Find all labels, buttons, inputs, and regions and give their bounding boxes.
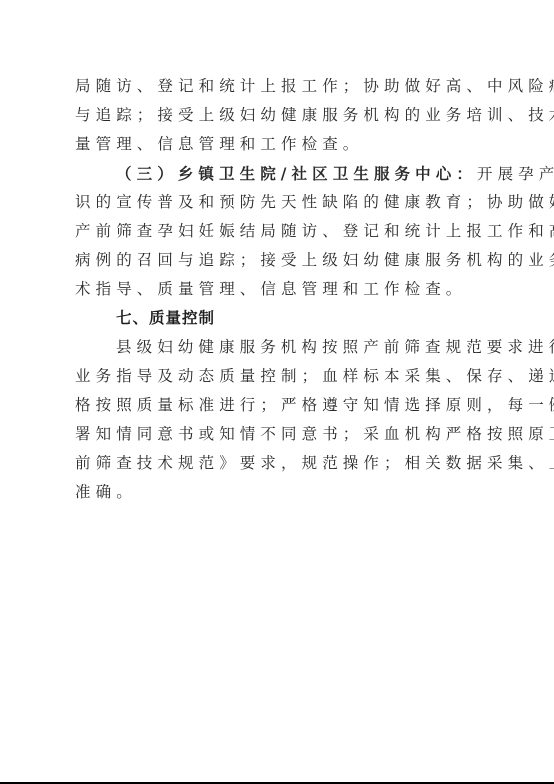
text-line: 产前筛查孕妇妊娠结局随访、登记和统计上报工作和高、中风险 <box>75 217 489 246</box>
section-seven: 七、质量控制 县级妇幼健康服务机构按照产前筛查规范要求进行有关的 业务指导及动态… <box>75 304 489 507</box>
section-seven-heading: 七、质量控制 <box>75 304 489 333</box>
text-fragment: 开展孕产期保健知 <box>477 165 554 183</box>
section-three-first-line: （三）乡镇卫生院/社区卫生服务中心：开展孕产期保健知 <box>75 159 489 188</box>
section-three-title: （三）乡镇卫生院/社区卫生服务中心： <box>116 164 477 183</box>
text-line: 县级妇幼健康服务机构按照产前筛查规范要求进行有关的 <box>75 333 489 362</box>
text-line: 署知情同意书或知情不同意书；采血机构严格按照原卫生部《产 <box>75 420 489 449</box>
document-body: 局随访、登记和统计上报工作；协助做好高、中风险病例的召回 与追踪；接受上级妇幼健… <box>75 72 489 507</box>
document-page: 局随访、登记和统计上报工作；协助做好高、中风险病例的召回 与追踪；接受上级妇幼健… <box>0 0 554 784</box>
section-three-paragraph: （三）乡镇卫生院/社区卫生服务中心：开展孕产期保健知 识的宣传普及和预防先天性缺… <box>75 159 489 304</box>
text-line: 业务指导及动态质量控制；血样标本采集、保存、递送等环节严 <box>75 362 489 391</box>
text-line: 与追踪；接受上级妇幼健康服务机构的业务培训、技术指导、质 <box>75 101 489 130</box>
text-line: 局随访、登记和统计上报工作；协助做好高、中风险病例的召回 <box>75 72 489 101</box>
text-line: 术指导、质量管理、信息管理和工作检查。 <box>75 275 489 304</box>
text-line: 前筛查技术规范》要求，规范操作；相关数据采集、上报及时、 <box>75 449 489 478</box>
text-line: 格按照质量标准进行；严格遵守知情选择原则，每一例孕妇均签 <box>75 391 489 420</box>
paragraph-continued: 局随访、登记和统计上报工作；协助做好高、中风险病例的召回 与追踪；接受上级妇幼健… <box>75 72 489 159</box>
text-line: 准确。 <box>75 478 489 507</box>
text-line: 病例的召回与追踪；接受上级妇幼健康服务机构的业务培训、技 <box>75 246 489 275</box>
text-line: 识的宣传普及和预防先天性缺陷的健康教育；协助做好所有进行 <box>75 188 489 217</box>
text-line: 量管理、信息管理和工作检查。 <box>75 130 489 159</box>
